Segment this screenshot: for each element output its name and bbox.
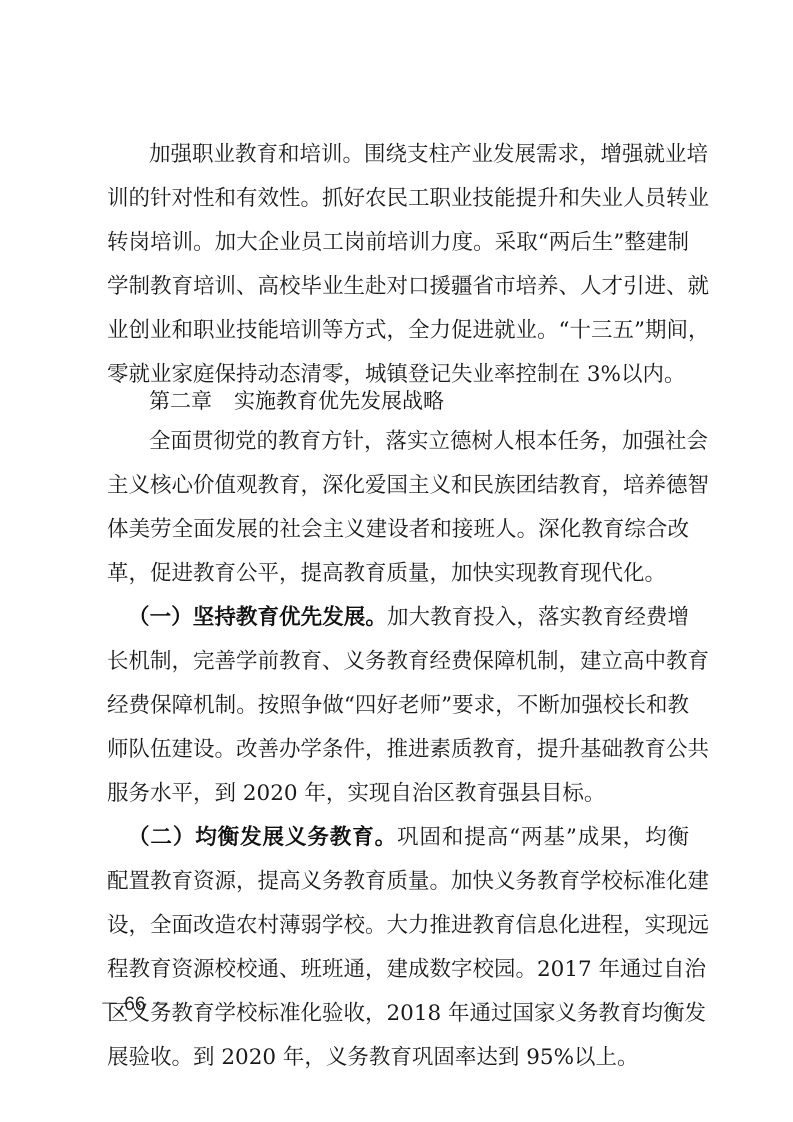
text-line: 业创业和职业技能培训等方式，全力促进就业。“十三五”期间， xyxy=(107,316,689,346)
text-line: 全面贯彻党的教育方针，落实立德树人根本任务，加强社会 xyxy=(149,427,689,457)
text-line: 革，促进教育公平，提高教育质量，加快实现教育现代化。 xyxy=(107,559,689,589)
section-title: （二）均衡发展义务教育。 xyxy=(128,825,397,850)
text-line: 服务水平，到 2020 年，实现自治区教育强县目标。 xyxy=(107,779,689,809)
chapter-heading: 第二章实施教育优先发展战略 xyxy=(149,386,444,416)
chapter-title: 实施教育优先发展战略 xyxy=(234,389,444,413)
text-line: 区义务教育学校标准化验收，2018 年通过国家义务教育均衡发 xyxy=(107,999,689,1029)
text-line: 转岗培训。加大企业员工岗前培训力度。采取“两后生”整建制 xyxy=(107,228,689,258)
text-line: 长机制，完善学前教育、义务教育经费保障机制，建立高中教育 xyxy=(107,647,689,677)
section-text: 巩固和提高“两基”成果，均衡 xyxy=(397,825,689,850)
text-line: 训的针对性和有效性。抓好农民工职业技能提升和失业人员转业 xyxy=(107,184,689,214)
text-line: 展验收。到 2020 年，义务教育巩固率达到 95%以上。 xyxy=(107,1043,689,1073)
text-line: 师队伍建设。改善办学条件，推进素质教育，提升基础教育公共 xyxy=(107,735,689,765)
text-line: 体美劳全面发展的社会主义建设者和接班人。深化教育综合改 xyxy=(107,515,689,545)
text-line: 设，全面改造农村薄弱学校。大力推进教育信息化进程，实现远 xyxy=(107,911,689,941)
text-line: 经费保障机制。按照争做“四好老师”要求，不断加强校长和教 xyxy=(107,691,689,721)
section-first-line: （一）坚持教育优先发展。加大教育投入，落实教育经费增 xyxy=(128,603,689,633)
text-line: 学制教育培训、高校毕业生赴对口援疆省市培养、人才引进、就 xyxy=(107,272,689,302)
section-text: 加大教育投入，落实教育经费增 xyxy=(387,605,689,630)
text-line: 主义核心价值观教育，深化爱国主义和民族团结教育，培养德智 xyxy=(107,471,689,501)
section-first-line: （二）均衡发展义务教育。巩固和提高“两基”成果，均衡 xyxy=(128,823,689,853)
text-line: 配置教育资源，提高义务教育质量。加快义务教育学校标准化建 xyxy=(107,867,689,897)
chapter-number: 第二章 xyxy=(149,389,212,413)
page-number: － 66 － xyxy=(100,993,170,1017)
section-title: （一）坚持教育优先发展。 xyxy=(128,605,387,630)
text-line: 加强职业教育和培训。围绕支柱产业发展需求，增强就业培 xyxy=(149,140,689,170)
document-page: 加强职业教育和培训。围绕支柱产业发展需求，增强就业培 训的针对性和有效性。抓好农… xyxy=(0,0,793,1122)
text-line: 程教育资源校校通、班班通，建成数字校园。2017 年通过自治 xyxy=(107,955,689,985)
